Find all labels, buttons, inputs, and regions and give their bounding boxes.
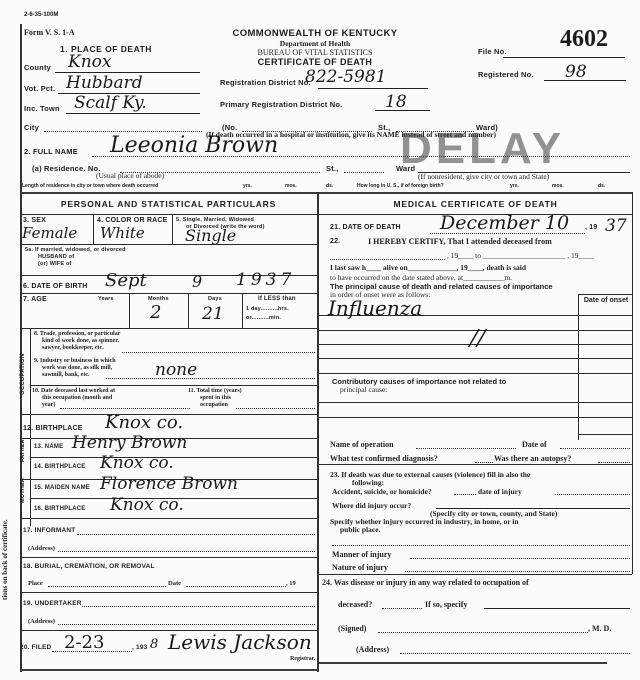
city-label: City [24, 123, 39, 132]
informant-label: 17. INFORMANT [23, 527, 75, 534]
registration-district-label: Registration District No. [220, 78, 311, 87]
signed-label: (Signed) [338, 624, 366, 633]
vot-pct-label: Vot. Pct. [24, 84, 55, 93]
county-value: Knox [68, 52, 111, 72]
specify-injury-label-2: public place. [340, 525, 380, 534]
father-name-label: 13. NAME [34, 444, 63, 450]
days-label: Days [208, 296, 222, 302]
contributory-label-2: principal cause: [340, 385, 387, 394]
occupation-side-label: OCCUPATION [20, 354, 26, 395]
spouse-label-3: (or) WIFE of [38, 261, 72, 267]
primary-district-label: Primary Registration District No. [220, 100, 342, 109]
filed-year-prefix: , 193 [132, 644, 147, 651]
inc-town-value: Scalf Ky. [74, 93, 147, 113]
county-label: County [24, 63, 51, 72]
date-injury-label: date of injury [478, 487, 522, 496]
foreign-ds-label: ds. [598, 183, 605, 189]
marital-value: Single [185, 226, 236, 245]
dob-label: 6. DATE OF BIRTH [23, 283, 88, 290]
sex-value: Female [22, 224, 77, 242]
registrar-signature: Lewis Jackson [168, 630, 312, 654]
nonresident-note: (If nonresident, give city or town and S… [418, 172, 549, 181]
external-causes-label-2: following: [352, 478, 384, 487]
inc-town-label: Inc. Town [24, 104, 60, 113]
residence-ward-label: Ward [396, 164, 415, 173]
deceased-label: deceased? [338, 600, 372, 609]
or-min-label: or..........min. [246, 315, 281, 321]
registered-no-label: Registered No. [478, 70, 534, 79]
margin-note: tions on back of certificate. [1, 519, 9, 600]
mother-name-value: Florence Brown [100, 474, 238, 494]
marital-label-1: 5. Single, Married, Widowed [176, 217, 254, 223]
father-side-label: FATHER [20, 439, 26, 462]
file-number: 4602 [560, 26, 608, 53]
department-name: Department of Health [230, 39, 400, 48]
dod-year-prefix: , 19 [585, 224, 597, 231]
filed-date: 2-23 [64, 632, 104, 653]
operation-label: Name of operation [330, 440, 394, 449]
less-than-label: If LESS than [258, 296, 296, 302]
vot-pct-value: Hubbard [66, 73, 143, 93]
date-of-onset-label: Date of onset [582, 297, 630, 305]
yrs-label: yrs. [243, 183, 252, 189]
principal-cause-value: Influenza [328, 296, 422, 320]
burial-place-label: Place [28, 580, 43, 587]
registrar-label: Registrar. [290, 656, 315, 662]
mother-side-label: MOTHER [20, 478, 26, 503]
occurred-line: to have occurred on the date stated abov… [330, 273, 512, 282]
full-name-label: 2. FULL NAME [24, 147, 78, 156]
dob-year: 1937 [236, 270, 295, 290]
spouse-label-1: 5a. If married, widowed, or divorced [25, 247, 126, 253]
burial-date-label: Date [168, 580, 181, 587]
certificate-title: CERTIFICATE OF DEATH [230, 57, 400, 67]
birthplace-label: 12. BIRTHPLACE [23, 425, 83, 432]
dod-year: 37 [605, 216, 627, 236]
trade-label: 8. Trade, profession, or particular kind… [34, 331, 120, 352]
father-birthplace-value: Knox co. [100, 453, 174, 473]
registered-number: 98 [565, 62, 587, 82]
last-saw-line: I last saw h____ alive on_____________, … [330, 263, 526, 272]
filed-label: 20. FILED [20, 644, 51, 651]
certificate-title-block: COMMONWEALTH OF KENTUCKY Department of H… [230, 28, 400, 67]
bureau-name: BUREAU OF VITAL STATISTICS [230, 48, 400, 57]
mother-birthplace-label: 16. BIRTHPLACE [34, 506, 85, 512]
birthplace-value: Knox co. [105, 412, 183, 433]
foreign-mos-label: mos. [552, 183, 564, 189]
primary-district-value: 18 [385, 92, 407, 112]
sex-label: 3. SEX [23, 217, 46, 224]
industry-value: none [155, 360, 197, 380]
spouse-label-2: HUSBAND of [38, 254, 74, 260]
certify-text: I HEREBY CERTIFY, That I attended deceas… [368, 237, 552, 246]
autopsy-label: Was there an autopsy? [494, 454, 571, 463]
residence-st-label: St., [326, 164, 338, 173]
years-label: Years [98, 296, 114, 302]
father-name-value: Henry Brown [72, 433, 187, 453]
length-residence-label: Length of residence in city or town wher… [22, 183, 158, 189]
attended-dates-line: , 19____ to ______________________ , 19_… [447, 251, 593, 260]
foreign-birth-label: How long in U. S., if of foreign birth? [357, 183, 444, 189]
race-value: White [100, 224, 145, 242]
full-name-value: Leeonia Brown [110, 133, 278, 158]
informant-address-label: (Address) [28, 545, 55, 552]
dob-month: Sept [105, 270, 147, 291]
certify-number: 22. [330, 238, 340, 245]
file-no-label: File No. [478, 47, 507, 56]
state-name: COMMONWEALTH OF KENTUCKY [230, 28, 400, 39]
medical-heading: MEDICAL CERTIFICATE OF DEATH [319, 199, 632, 209]
filed-year-suffix: 8 [150, 637, 158, 652]
ds-label: ds. [326, 183, 333, 189]
test-diagnosis-label: What test confirmed diagnosis? [330, 454, 438, 463]
personal-heading: PERSONAL AND STATISTICAL PARTICULARS [20, 199, 317, 209]
dod-month-day: December 10 [440, 212, 569, 234]
foreign-yrs-label: yrs. [510, 183, 519, 189]
manner-injury-label: Manner of injury [332, 550, 391, 559]
residence-sub: (Usual place of abode) [96, 171, 164, 180]
md-address-label: (Address) [356, 645, 389, 654]
burial-year-label: , 19 [286, 580, 296, 587]
last-worked-label: 10. Date deceased last worked at this oc… [32, 388, 115, 409]
day-hrs-label: 1 day..........hrs. [246, 306, 289, 312]
if-so-specify-label: If so, specify [425, 600, 467, 609]
age-days: 21 [202, 304, 224, 324]
delay-stamp: DELAY [400, 124, 565, 174]
mother-birthplace-value: Knox co. [110, 495, 184, 515]
mos-label: mos. [285, 183, 297, 189]
nature-injury-label: Nature of injury [332, 563, 388, 572]
accident-label: Accident, suicide, or homicide? [332, 487, 432, 496]
total-time-label: 11. Total time (years) spent in this occ… [188, 388, 242, 409]
form-number: Form V. S. 1-A [24, 28, 75, 37]
father-birthplace-label: 14. BIRTHPLACE [34, 464, 85, 470]
industry-label: 9. Industry or business in which work wa… [34, 358, 116, 379]
race-label: 4. COLOR OR RACE [97, 217, 167, 224]
burial-label: 18. BURIAL, CREMATION, OR REMOVAL [23, 563, 155, 570]
age-months: 2 [150, 302, 161, 323]
dod-label: 21. DATE OF DEATH [330, 224, 401, 231]
md-label: , M. D. [588, 624, 611, 633]
undertaker-label: 19. UNDERTAKER [23, 600, 82, 607]
residence-label: (a) Residence. No. [32, 164, 101, 173]
age-label: 7. AGE [23, 296, 47, 303]
print-code: 2-6-35-100M [24, 12, 58, 18]
registration-district-value: 822-5981 [305, 67, 386, 87]
occupation-related-label: 24. Was disease or injury in any way rel… [322, 578, 529, 587]
mother-name-label: 15. MAIDEN NAME [34, 485, 90, 491]
dob-day: 9 [192, 272, 202, 291]
where-injury-label: Where did injury occur? [332, 501, 411, 510]
undertaker-address-label: (Address) [28, 618, 55, 625]
operation-date-label: Date of [522, 440, 547, 449]
